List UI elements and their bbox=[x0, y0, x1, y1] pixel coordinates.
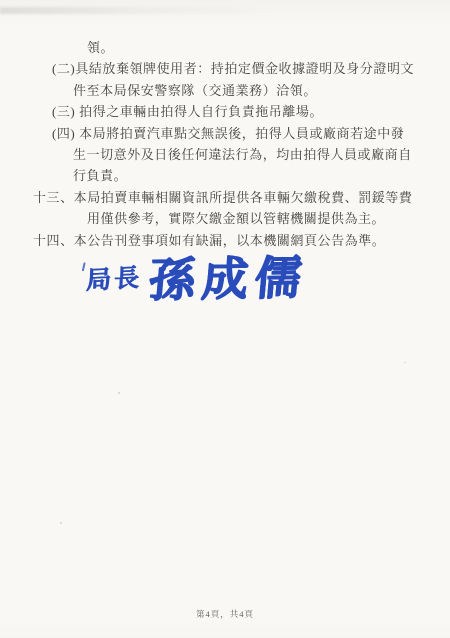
body-line: (四) 本局將拍賣汽車點交無誤後，拍得人員或廠商若途中發 bbox=[52, 123, 433, 144]
scan-speck bbox=[404, 362, 406, 363]
page-number-footer: 第4頁，共4頁 bbox=[0, 608, 450, 620]
body-line: 生一切意外及日後任何違法行為，均由拍得人員或廠商自 bbox=[73, 144, 433, 165]
body-line: (二)具結放棄領牌使用者：持拍定價金收據證明及身分證明文 bbox=[52, 58, 433, 79]
body-line: (三) 拍得之車輛由拍得人自行負責拖吊離場。 bbox=[52, 101, 433, 122]
body-line: 用僅供參考，實際欠繳金額以管轄機關提供為主。 bbox=[87, 208, 433, 229]
scan-speck bbox=[60, 522, 62, 524]
scan-edge-shadow bbox=[0, 7, 279, 14]
body-line: 行負責。 bbox=[73, 165, 433, 186]
body-line: 領。 bbox=[87, 37, 433, 58]
director-signature: 局長 孫成儒 bbox=[79, 241, 308, 311]
pen-stroke-mark bbox=[82, 262, 86, 271]
scan-speck bbox=[118, 392, 120, 394]
scanned-document-page: 領。 (二)具結放棄領牌使用者：持拍定價金收據證明及身分證明文 件至本局保安警察… bbox=[0, 0, 450, 638]
signature-title: 局長 bbox=[85, 258, 142, 297]
body-line: 件至本局保安警察隊（交通業務）洽領。 bbox=[73, 80, 433, 101]
signature-name: 孫成儒 bbox=[146, 241, 311, 310]
announcement-body: 領。 (二)具結放棄領牌使用者：持拍定價金收據證明及身分證明文 件至本局保安警察… bbox=[33, 37, 433, 251]
body-line: 十三、本局拍賣車輛相關資訊所提供各車輛欠繳稅費、罰鍰等費 bbox=[33, 187, 433, 208]
